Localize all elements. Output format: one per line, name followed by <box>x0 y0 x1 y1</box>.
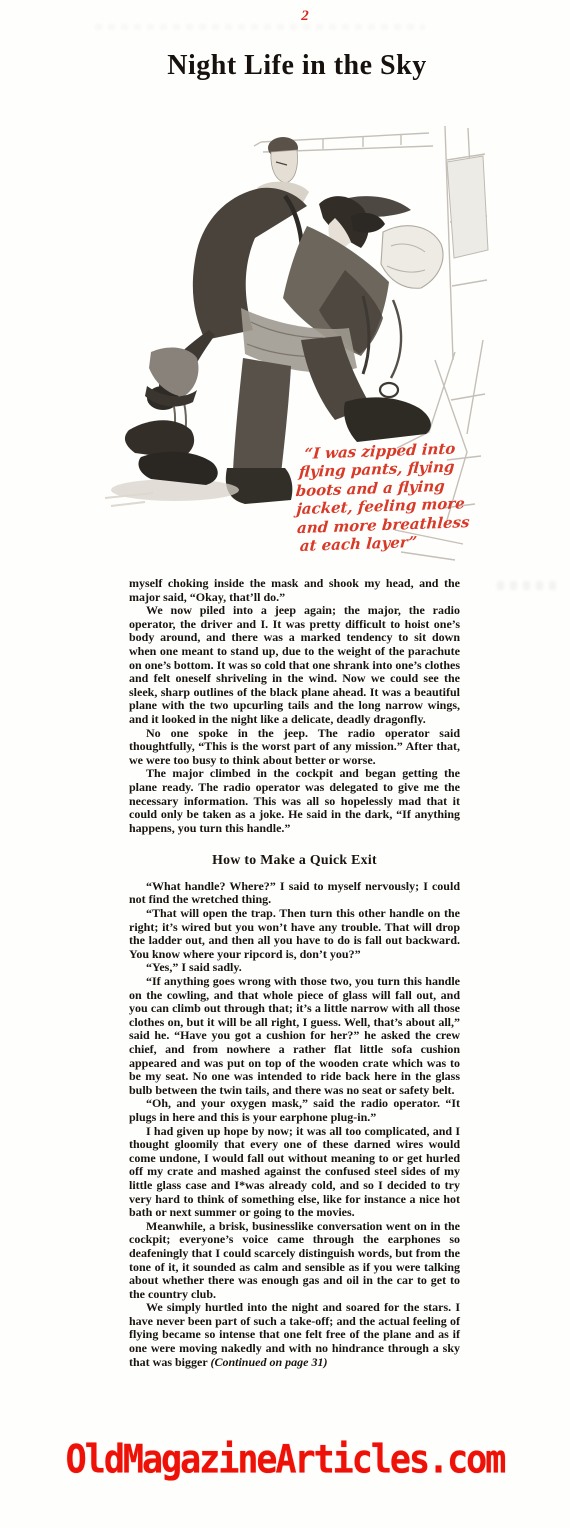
paragraph: “Yes,” I said sadly. <box>129 961 460 975</box>
continuation-note: (Continued on page 31) <box>210 1355 327 1369</box>
paragraph: “Oh, and your oxygen mask,” said the rad… <box>129 1097 460 1124</box>
paragraph: No one spoke in the jeep. The radio oper… <box>129 727 460 768</box>
magazine-page-scan: { "page": { "number": "2", "title": "Nig… <box>0 0 570 1528</box>
paragraph: I had given up hope by now; it was all t… <box>129 1125 460 1220</box>
discarded-shoes <box>105 347 239 506</box>
scan-artifact <box>95 24 425 30</box>
paragraph-with-continuation: We simply hurtled into the night and soa… <box>129 1301 460 1369</box>
paragraph: “What handle? Where?” I said to myself n… <box>129 880 460 907</box>
paragraph: myself choking inside the mask and shook… <box>129 577 460 604</box>
paragraph: The major climbed in the cockpit and beg… <box>129 767 460 835</box>
article-title: Night Life in the Sky <box>12 49 570 83</box>
paragraph: “If anything goes wrong with those two, … <box>129 975 460 1097</box>
watermark-oldmagazinearticles: OldMagazineArticles.com <box>0 1438 570 1483</box>
paragraph: Meanwhile, a brisk, businesslike convers… <box>129 1220 460 1302</box>
scan-artifact <box>497 581 557 590</box>
handwritten-caption: “I was zipped into flying pants, flying … <box>297 439 473 556</box>
flying-gear-illustration: “I was zipped into flying pants, flying … <box>95 100 495 575</box>
page-number: 2 <box>20 8 570 25</box>
paragraph: “That will open the trap. Then turn this… <box>129 907 460 961</box>
section-subheading: How to Make a Quick Exit <box>129 853 460 867</box>
article-body: myself choking inside the mask and shook… <box>129 577 460 1369</box>
aircraft-panel-sketch <box>447 156 488 258</box>
paragraph: We now piled into a jeep again; the majo… <box>129 604 460 726</box>
